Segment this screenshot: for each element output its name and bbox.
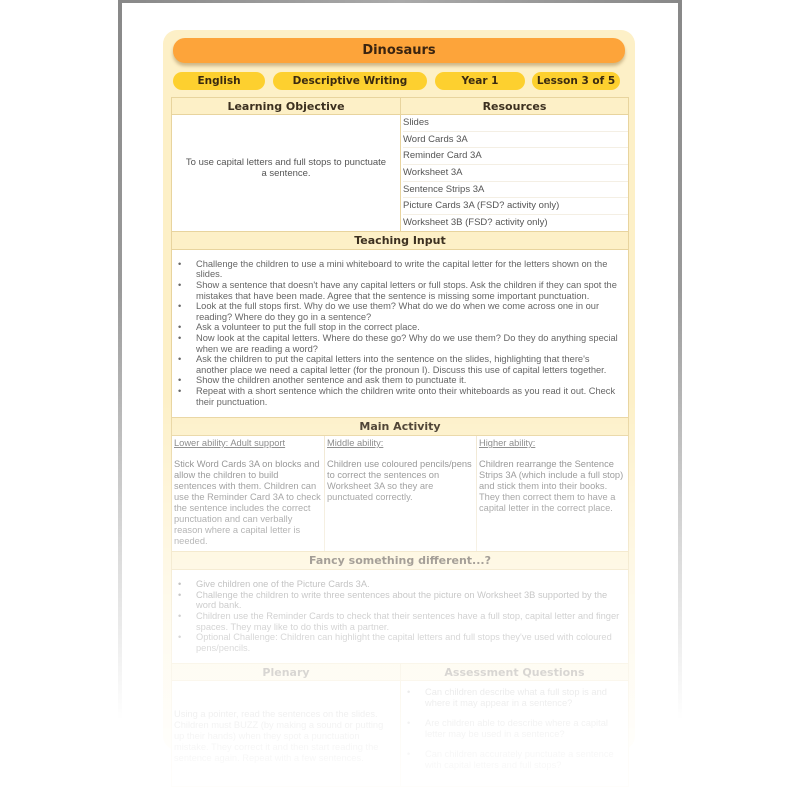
list-item: •Children use the Reminder Cards to chec…	[176, 611, 622, 632]
year-pill: Year 1	[435, 72, 525, 90]
subject-pill: English	[173, 72, 265, 90]
bullet-icon: •	[178, 280, 181, 291]
list-item: •Are children able to describe where a c…	[405, 718, 624, 740]
list-item: •Give children one of the Picture Cards …	[176, 579, 622, 590]
bullet-icon: •	[178, 632, 181, 643]
list-item-text: Repeat with a short sentence which the c…	[196, 386, 615, 407]
list-item-text: Ask a volunteer to put the full stop in …	[196, 322, 420, 332]
list-item-text: Look at the full stops first. Why do we …	[196, 301, 599, 322]
main-activity-row: Lower ability: Adult support Stick Word …	[172, 436, 628, 552]
list-item: •Optional Challenge: Children can highli…	[176, 632, 622, 653]
list-item-text: Show the children another sentence and a…	[196, 375, 466, 385]
list-item: •Look at the full stops first. Why do we…	[176, 301, 622, 322]
list-item-text: Give children one of the Picture Cards 3…	[196, 579, 370, 589]
higher-ability-text: Children rearrange the Sentence Strips 3…	[479, 459, 623, 513]
resource-item: Reminder Card 3A	[403, 148, 628, 165]
bullet-icon: •	[178, 375, 181, 386]
plenary-row: Using a pointer, read the sentences on t…	[172, 681, 628, 786]
lesson-title: Dinosaurs	[173, 38, 625, 63]
list-item: •Challenge the children to write three s…	[176, 590, 622, 611]
lesson-number-pill: Lesson 3 of 5	[532, 72, 620, 90]
higher-ability-column: Higher ability: Children rearrange the S…	[476, 436, 628, 551]
list-item-text: Can children describe what a full stop i…	[425, 687, 607, 708]
lesson-table: Learning Objective Resources To use capi…	[171, 97, 629, 787]
bullet-icon: •	[178, 259, 181, 270]
learning-objective-text: To use capital letters and full stops to…	[172, 115, 400, 220]
list-item-text: Challenge the children to use a mini whi…	[196, 259, 607, 280]
bullet-icon: •	[407, 687, 410, 698]
main-activity-heading: Main Activity	[172, 418, 628, 436]
list-item: •Challenge the children to use a mini wh…	[176, 259, 622, 280]
teaching-input-list: •Challenge the children to use a mini wh…	[172, 250, 628, 418]
fancy-something-different-list: •Give children one of the Picture Cards …	[172, 570, 628, 664]
bullet-icon: •	[407, 718, 410, 729]
page-footer	[170, 750, 630, 760]
bullet-icon: •	[178, 322, 181, 333]
lesson-plan: Dinosaurs English Descriptive Writing Ye…	[163, 30, 635, 760]
resource-item: Sentence Strips 3A	[403, 182, 628, 199]
list-item: •Repeat with a short sentence which the …	[176, 386, 622, 407]
lower-ability-label: Lower ability: Adult support	[174, 438, 321, 449]
list-item-text: Children use the Reminder Cards to check…	[196, 611, 619, 632]
assessment-questions-column: •Can children describe what a full stop …	[400, 681, 628, 786]
assessment-questions-heading: Assessment Questions	[400, 664, 628, 681]
bullet-icon: •	[178, 611, 181, 622]
plenary-header-row: Plenary Assessment Questions	[172, 664, 628, 681]
middle-ability-text: Children use coloured pencils/pens to co…	[327, 459, 472, 502]
list-item: •Ask the children to put the capital let…	[176, 354, 622, 375]
middle-ability-label: Middle ability:	[327, 438, 473, 449]
list-item-text: Ask the children to put the capital lett…	[196, 354, 606, 375]
list-item-text: Optional Challenge: Children can highlig…	[196, 632, 612, 653]
middle-ability-column: Middle ability: Children use coloured pe…	[324, 436, 476, 551]
bullet-icon: •	[178, 590, 181, 601]
bullet-icon: •	[178, 301, 181, 312]
plenary-text: Using a pointer, read the sentences on t…	[172, 681, 400, 786]
page-top-edge	[118, 0, 682, 3]
resource-item: Slides	[403, 115, 628, 132]
lower-ability-text: Stick Word Cards 3A on blocks and allow …	[174, 459, 321, 546]
bullet-icon: •	[178, 354, 181, 365]
list-item: •Show a sentence that doesn't have any c…	[176, 280, 622, 301]
list-item-text: Are children able to describe where a ca…	[425, 718, 608, 739]
list-item: •Can children describe what a full stop …	[405, 687, 624, 709]
plenary-heading: Plenary	[172, 664, 400, 681]
resource-item: Word Cards 3A	[403, 132, 628, 149]
list-item-text: Show a sentence that doesn't have any ca…	[196, 280, 617, 301]
list-item-text: Now look at the capital letters. Where d…	[196, 333, 618, 354]
lower-ability-column: Lower ability: Adult support Stick Word …	[172, 436, 324, 551]
resource-item: Worksheet 3A	[403, 165, 628, 182]
list-item: •Show the children another sentence and …	[176, 375, 622, 386]
list-item: •Now look at the capital letters. Where …	[176, 333, 622, 354]
bullet-icon: •	[178, 333, 181, 344]
learning-objective-heading: Learning Objective	[172, 98, 400, 115]
assessment-questions-list: •Can children describe what a full stop …	[401, 681, 628, 786]
bullet-icon: •	[178, 579, 181, 590]
objective-header-row: Learning Objective Resources	[172, 98, 628, 115]
higher-ability-label: Higher ability:	[479, 438, 625, 449]
resource-item: Worksheet 3B (FSD? activity only)	[403, 215, 628, 231]
resources-list: Slides Word Cards 3A Reminder Card 3A Wo…	[400, 115, 628, 231]
bullet-icon: •	[178, 386, 181, 397]
list-item: •Ask a volunteer to put the full stop in…	[176, 322, 622, 333]
unit-pill: Descriptive Writing	[273, 72, 427, 90]
list-item-text: Challenge the children to write three se…	[196, 590, 607, 611]
teaching-input-heading: Teaching Input	[172, 232, 628, 250]
objective-row: To use capital letters and full stops to…	[172, 115, 628, 232]
resources-heading: Resources	[400, 98, 628, 115]
resource-item: Picture Cards 3A (FSD? activity only)	[403, 198, 628, 215]
fancy-something-different-heading: Fancy something different...?	[172, 552, 628, 570]
